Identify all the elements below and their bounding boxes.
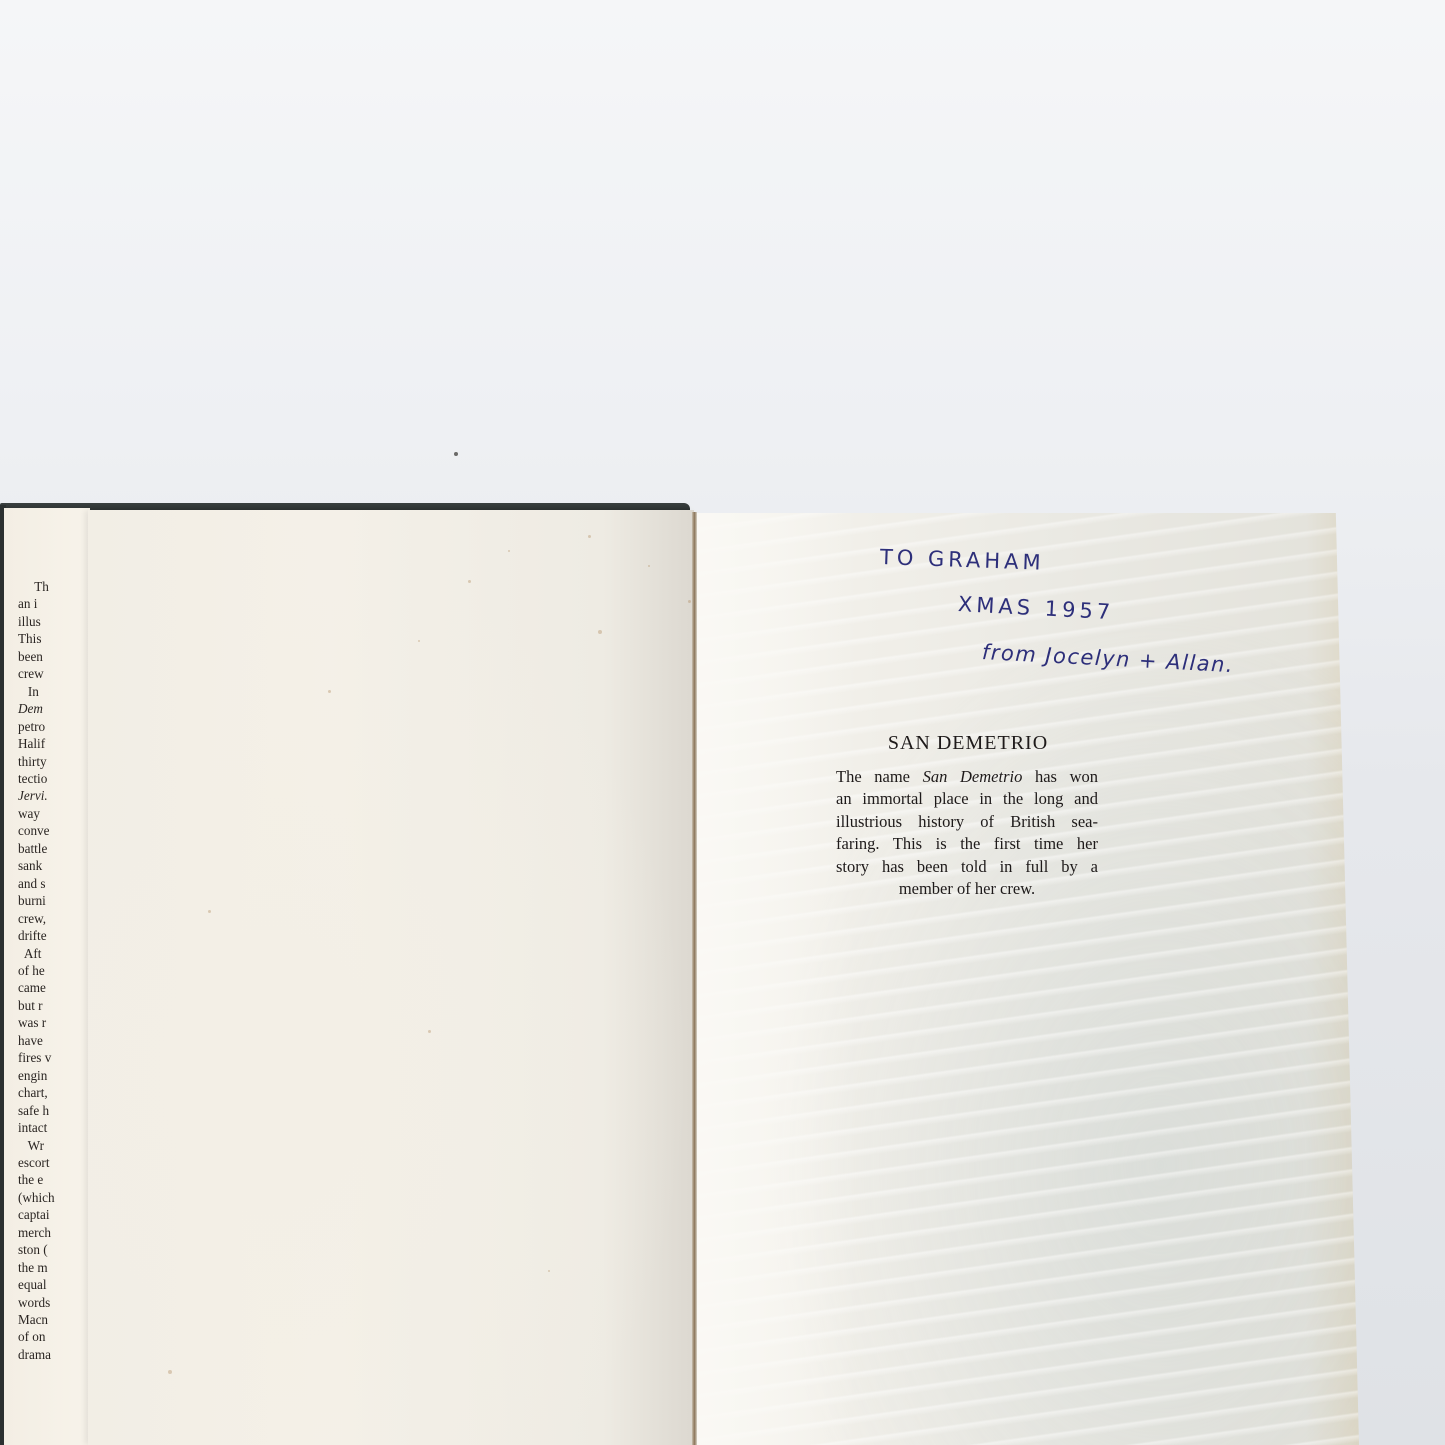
flap-text-line: Macn: [18, 1311, 90, 1328]
flap-text-line: captai: [18, 1206, 90, 1223]
flap-text-line: was r: [18, 1014, 90, 1031]
blurb-line: member of her crew.: [836, 878, 1098, 900]
blurb-line: faring. This is the first time her: [836, 833, 1098, 855]
flap-text-line: burni: [18, 892, 90, 909]
flap-text-line: Aft: [18, 945, 90, 962]
flap-text-line: have: [18, 1032, 90, 1049]
flap-text-line: Dem: [18, 700, 90, 717]
flap-text-line: Halif: [18, 735, 90, 752]
flap-text-line: the e: [18, 1171, 90, 1188]
flap-text-line: intact: [18, 1119, 90, 1136]
flap-text-line: equal: [18, 1276, 90, 1293]
flap-text-line: conve: [18, 822, 90, 839]
book-photo: Than iillusThisbeencrew InDempetroHalift…: [0, 0, 1445, 1445]
foxing-spot: [588, 535, 591, 538]
dust-speck: [454, 452, 458, 456]
dust-jacket-flap: Than iillusThisbeencrew InDempetroHalift…: [4, 508, 90, 1445]
flap-text-line: thirty: [18, 753, 90, 770]
flap-text-line: In: [18, 683, 90, 700]
flap-text-line: and s: [18, 875, 90, 892]
foxing-spot: [548, 1270, 550, 1272]
flap-text-line: crew: [18, 665, 90, 682]
foxing-spot: [648, 565, 650, 567]
foxing-spot: [688, 600, 691, 603]
foxing-spot: [418, 640, 420, 642]
flap-text-line: sank: [18, 857, 90, 874]
foxing-spot: [598, 630, 602, 634]
flap-text-line: illus: [18, 613, 90, 630]
flap-text-line: Wr: [18, 1137, 90, 1154]
blurb-line: illustrious history of British sea-: [836, 811, 1098, 833]
flap-text-line: Th: [18, 578, 90, 595]
book-title: SAN DEMETRIO: [838, 732, 1098, 755]
blurb-line: story has been told in full by a: [836, 856, 1098, 878]
foxing-spot: [428, 1030, 431, 1033]
flap-text-line: battle: [18, 840, 90, 857]
dust-jacket-flap-text: Than iillusThisbeencrew InDempetroHalift…: [18, 578, 90, 1363]
foxing-spot: [168, 1370, 172, 1374]
flap-text-line: but r: [18, 997, 90, 1014]
blurb-line: The name San Demetrio has won: [836, 766, 1098, 788]
page-highlight: [697, 513, 857, 1445]
flap-text-line: way: [18, 805, 90, 822]
flap-text-line: This: [18, 630, 90, 647]
foxing-spot: [508, 550, 510, 552]
flap-text-line: engin: [18, 1067, 90, 1084]
flap-text-line: of he: [18, 962, 90, 979]
flap-text-line: drama: [18, 1346, 90, 1363]
flap-text-line: been: [18, 648, 90, 665]
flap-text-line: tectio: [18, 770, 90, 787]
flap-text-line: chart,: [18, 1084, 90, 1101]
flap-text-line: of on: [18, 1328, 90, 1345]
flap-text-line: safe h: [18, 1102, 90, 1119]
flap-text-line: merch: [18, 1224, 90, 1241]
flap-text-line: fires v: [18, 1049, 90, 1066]
book-gutter: [692, 512, 697, 1445]
flap-text-line: came: [18, 979, 90, 996]
flap-text-line: crew,: [18, 910, 90, 927]
blurb-line: an immortal place in the long and: [836, 788, 1098, 810]
foxing-spot: [468, 580, 471, 583]
left-page-blank-endpaper: [88, 510, 694, 1445]
flap-text-line: escort: [18, 1154, 90, 1171]
flap-text-line: petro: [18, 718, 90, 735]
flap-text-line: (which: [18, 1189, 90, 1206]
flap-text-line: drifte: [18, 927, 90, 944]
foxing-spot: [208, 910, 211, 913]
foxing-spot: [328, 690, 331, 693]
flap-text-line: Jervi.: [18, 787, 90, 804]
book-blurb: The name San Demetrio has wonan immortal…: [836, 766, 1098, 900]
flap-text-line: ston (: [18, 1241, 90, 1258]
flap-text-line: the m: [18, 1259, 90, 1276]
flap-text-line: words: [18, 1294, 90, 1311]
flap-text-line: an i: [18, 595, 90, 612]
